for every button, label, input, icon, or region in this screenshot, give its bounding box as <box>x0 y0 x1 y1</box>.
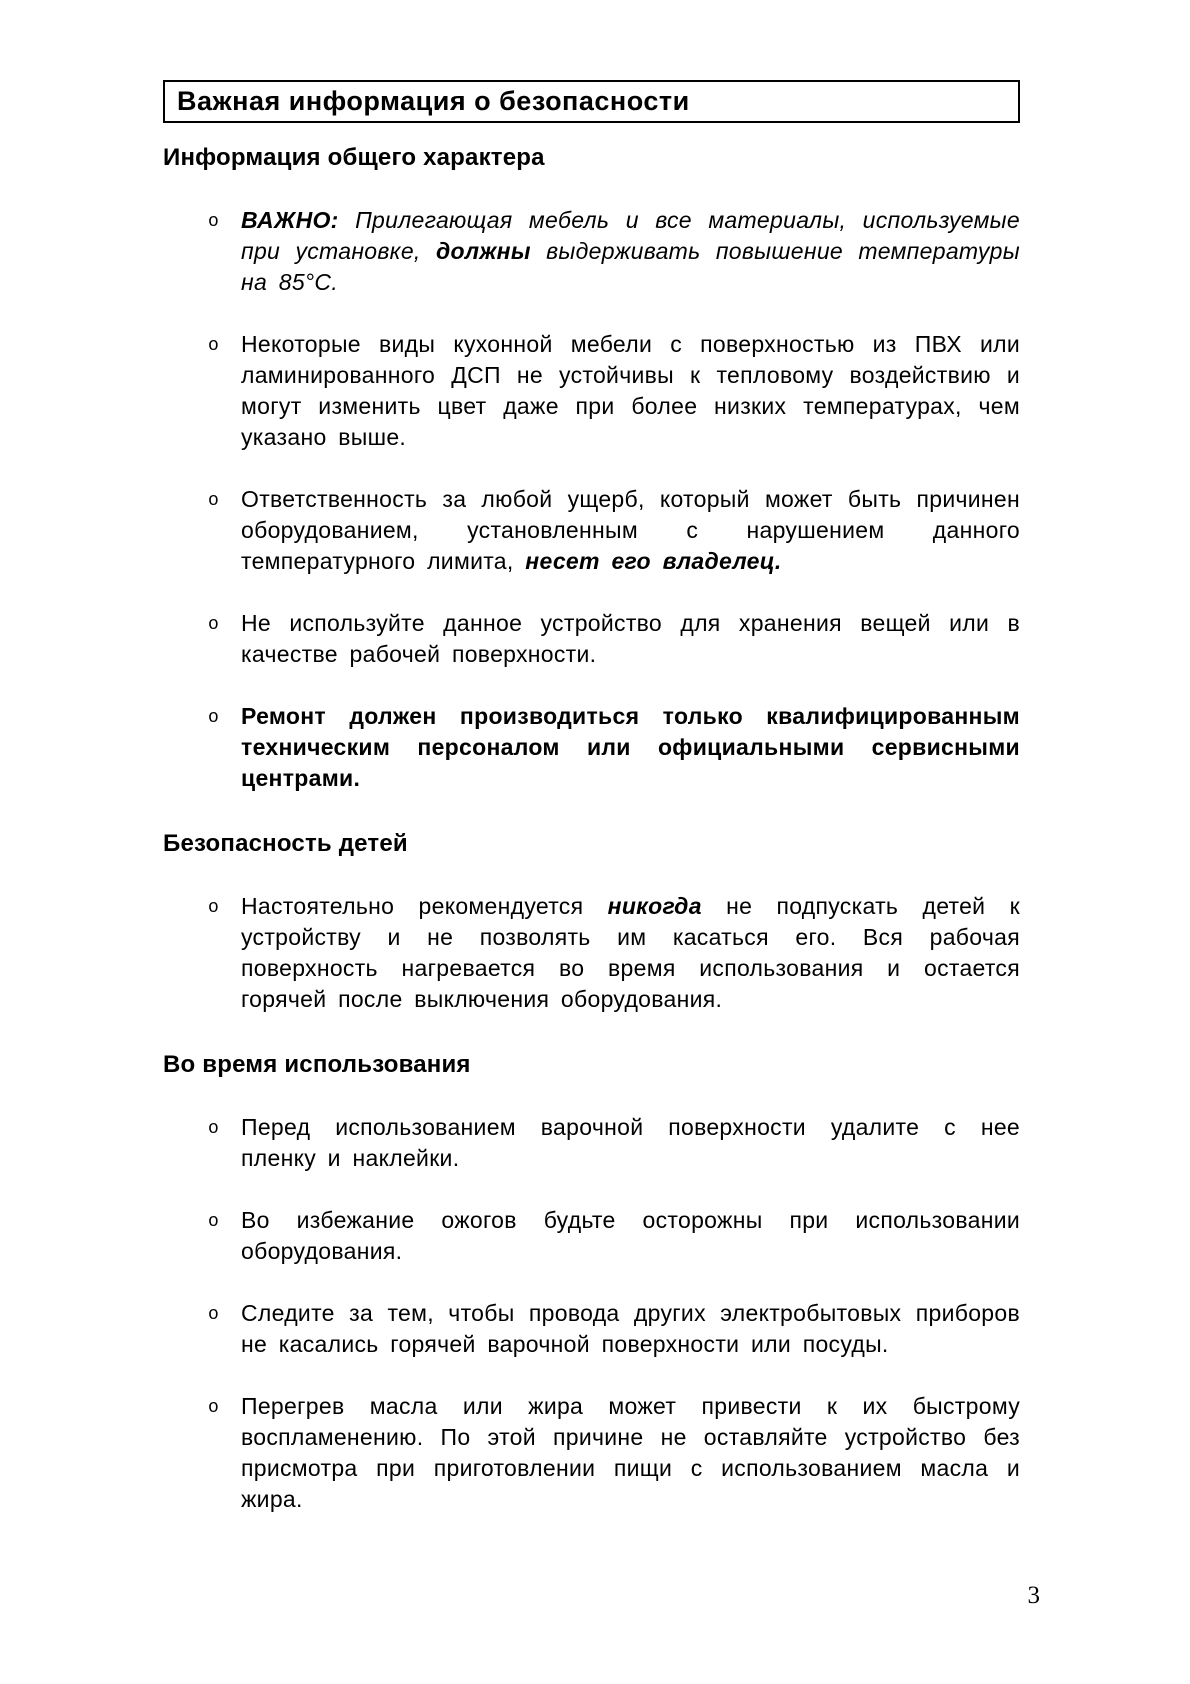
list-item: oПерегрев масла или жира может привести … <box>163 1391 1020 1515</box>
bullet-marker: o <box>208 1208 219 1236</box>
document-title: Важная информация о безопасности <box>177 88 690 115</box>
bullet-marker: o <box>208 487 219 515</box>
bullet-marker: o <box>208 1394 219 1422</box>
document-page: Важная информация о безопасности Информа… <box>0 0 1190 1684</box>
bullet-marker: o <box>208 208 219 236</box>
text-segment: никогда <box>608 893 702 919</box>
bullet-text: Настоятельно рекомендуется никогда не по… <box>241 891 1020 1015</box>
bullet-text: ВАЖНО: Прилегающая мебель и все материал… <box>241 205 1020 298</box>
text-segment: Не используйте данное устройство для хра… <box>241 610 1020 667</box>
bullet-text: Следите за тем, чтобы провода других эле… <box>241 1298 1020 1360</box>
text-segment: должны <box>436 238 531 264</box>
bullet-text: Во избежание ожогов будьте осторожны при… <box>241 1205 1020 1267</box>
bullet-marker: o <box>208 611 219 639</box>
text-segment: Некоторые виды кухонной мебели с поверхн… <box>241 331 1020 450</box>
text-segment: Перегрев масла или жира может привести к… <box>241 1393 1020 1512</box>
text-segment: Во избежание ожогов будьте осторожны при… <box>241 1207 1020 1264</box>
text-segment: Следите за тем, чтобы провода других эле… <box>241 1300 1020 1357</box>
bullet-text: Ремонт должен производиться только квали… <box>241 701 1020 794</box>
bullet-text: Ответственность за любой ущерб, который … <box>241 484 1020 577</box>
page-number: 3 <box>1028 1582 1041 1610</box>
bullet-marker: o <box>208 894 219 922</box>
list-item: oВо избежание ожогов будьте осторожны пр… <box>163 1205 1020 1267</box>
text-segment: несет его владелец. <box>525 548 781 574</box>
text-segment: Ремонт должен производиться только квали… <box>241 703 1020 791</box>
list-item: oНастоятельно рекомендуется никогда не п… <box>163 891 1020 1015</box>
bullet-marker: o <box>208 1115 219 1143</box>
document-title-box: Важная информация о безопасности <box>163 80 1020 123</box>
text-segment: ВАЖНО: <box>241 207 339 233</box>
bullet-text: Не используйте данное устройство для хра… <box>241 608 1020 670</box>
section-heading: Информация общего характера <box>163 144 1020 172</box>
list-item: oПеред использованием варочной поверхнос… <box>163 1112 1020 1174</box>
list-item: oРемонт должен производиться только квал… <box>163 701 1020 794</box>
bullet-marker: o <box>208 332 219 360</box>
list-item: oНе используйте данное устройство для хр… <box>163 608 1020 670</box>
list-item: oНекоторые виды кухонной мебели с поверх… <box>163 329 1020 453</box>
list-item: oОтветственность за любой ущерб, который… <box>163 484 1020 577</box>
list-item: oВАЖНО: Прилегающая мебель и все материа… <box>163 205 1020 298</box>
bullet-marker: o <box>208 1301 219 1329</box>
document-body: Информация общего характераoВАЖНО: Приле… <box>163 144 1020 1515</box>
text-segment: Перед использованием варочной поверхност… <box>241 1114 1020 1171</box>
section-heading: Во время использования <box>163 1051 1020 1079</box>
bullet-marker: o <box>208 704 219 732</box>
text-segment: Настоятельно рекомендуется <box>241 893 608 919</box>
section-heading: Безопасность детей <box>163 830 1020 858</box>
bullet-text: Некоторые виды кухонной мебели с поверхн… <box>241 329 1020 453</box>
bullet-text: Перед использованием варочной поверхност… <box>241 1112 1020 1174</box>
list-item: oСледите за тем, чтобы провода других эл… <box>163 1298 1020 1360</box>
bullet-text: Перегрев масла или жира может привести к… <box>241 1391 1020 1515</box>
